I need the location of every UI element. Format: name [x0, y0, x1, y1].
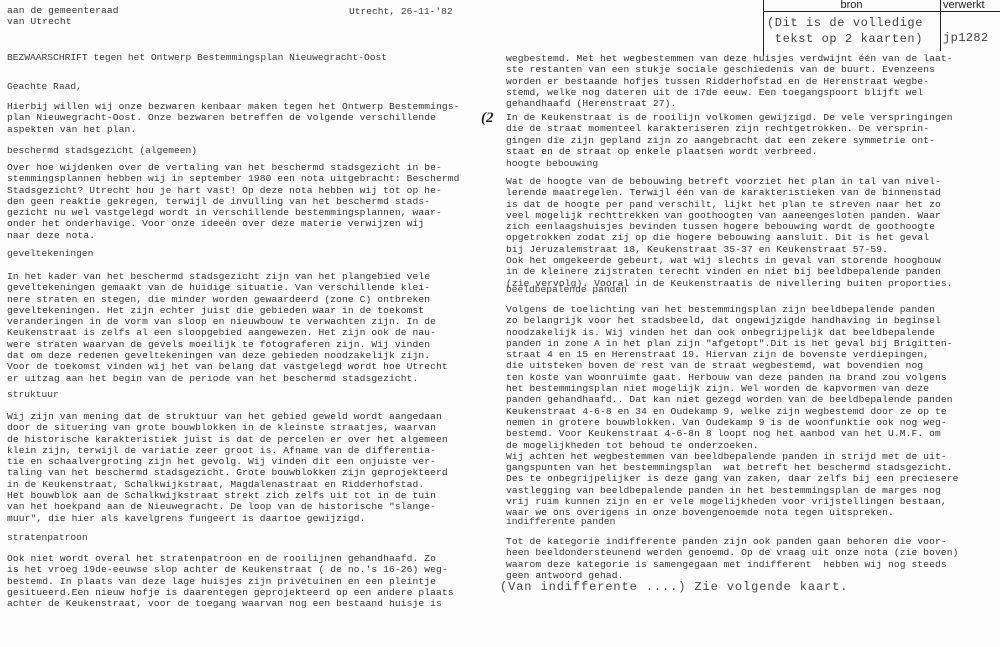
scanned-document-card: bron verwerkt (Dit is de volledige tekst…: [0, 0, 1000, 647]
text-line: die de straat momenteel karakteriseren z…: [506, 123, 953, 134]
text-line: dat om deze redenen geveltekeningen van …: [7, 350, 448, 361]
handwritten-margin-mark: (2: [481, 110, 494, 127]
text-line: in de kleinere zijstraten terecht vinden…: [506, 266, 953, 277]
text-line: taling van het beschermd stadsgezicht. G…: [7, 467, 448, 478]
card-header-table: bron verwerkt (Dit is de volledige tekst…: [763, 0, 1000, 53]
text-line: stemd, welke nog dateren uit de 17de eeu…: [506, 87, 953, 98]
addressee-line: van Utrecht: [7, 16, 119, 27]
text-line: Tot de kategorie indifferente panden zij…: [506, 536, 959, 547]
text-line: Wat de hoogte van de bebouwing betreft v…: [506, 176, 953, 187]
text-line: noodzakelijk is. Wij vinden het dan ook …: [506, 327, 959, 338]
section-heading: indifferente panden: [506, 516, 615, 527]
text-line: nemen in grotere bouwblokken. Van Oudeka…: [506, 417, 959, 428]
section-heading: struktuur: [7, 389, 59, 400]
source-note: (Dit is de volledige tekst op 2 kaarten): [767, 15, 939, 47]
text-line: gezicht nu wel vastgelegd wordt in versc…: [7, 207, 460, 218]
text-line: Voor de toekomst vinden wij het van bela…: [7, 361, 448, 372]
addressee-line: aan de gemeenteraad: [7, 5, 119, 16]
section-heading: beschermd stadsgezicht (algemeen): [7, 145, 197, 156]
text-line: Keukenstraat 4-6-8 en 34 en Oudekamp 9, …: [506, 406, 959, 417]
text-line: staat en de straat op enkele plaatsen wo…: [506, 146, 953, 157]
text-line: Volgens de toelichting van het bestemmin…: [506, 304, 959, 315]
text-line: vrij ruim kunnen zijn en er vele mogelij…: [506, 496, 959, 507]
text-line: Over hoe wijdenken over de vertaling van…: [7, 162, 460, 173]
text-line: zich eenlaagshuisjes bevinden tussen hog…: [506, 221, 953, 232]
section-paragraph: Wat de hoogte van de bebouwing betreft v…: [506, 176, 953, 289]
text-line: er uitzag aan het begin van de periode v…: [7, 373, 448, 384]
text-line: gangspunten van het bestemmingsplan wat …: [506, 462, 959, 473]
text-line: stemmingsplannen hebben wij in september…: [7, 173, 460, 184]
salutation: Geachte Raad,: [7, 81, 82, 92]
text-line: straat 4 en 15 en Herenstraat 19. Hierva…: [506, 349, 959, 360]
text-line: opgetrokken zodat zij op die hogere bebo…: [506, 232, 953, 243]
text-line: panden gehandhaafd.. Dat kan niet gezegd…: [506, 394, 959, 405]
text-line: vastlegging van beeldbepalende panden in…: [506, 485, 959, 496]
text-line: bestemd. Voor Keukenstraat 4-6-8n 8 loop…: [506, 428, 959, 439]
section-heading: stratenpatroon: [7, 532, 88, 543]
document-subject: BEZWAARSCHRIFT tegen het Ontwerp Bestemm…: [7, 52, 387, 63]
continuation-note: (Van indifferente ....) Zie volgende kaa…: [500, 580, 848, 594]
column-header-source: bron: [763, 0, 940, 11]
text-line: Stadsgezicht? Utrecht hou je hart vast! …: [7, 185, 460, 196]
text-line: van het hoekpand aan de Nieuwegracht. De…: [7, 501, 448, 512]
text-line: Het bouwblok aan de Schalkwijkstraat str…: [7, 490, 448, 501]
text-line: Wij achten het wegbestemmen van beeldbep…: [506, 451, 959, 462]
table-divider: [940, 0, 941, 51]
text-line: aspekten van het plan.: [7, 124, 460, 135]
text-line: gingen die zijn gepland zijn zo aangebra…: [506, 135, 953, 146]
text-line: plan Nieuwegracht-Oost. Onze bezwaren be…: [7, 112, 460, 123]
text-line: nere straten en stegen, die minder worde…: [7, 294, 448, 305]
section-heading: geveltekeningen: [7, 248, 93, 259]
text-line: achter de Keukenstraat, voor de toegang …: [7, 598, 454, 609]
text-line: Ook het omgekeerde gebeurt, wat wij slec…: [506, 255, 953, 266]
rooilijn-paragraph: In de Keukenstraat is de rooilijn volkom…: [506, 112, 953, 157]
text-line: geveltekeningen. Het zijn echter juist d…: [7, 305, 448, 316]
section-heading: hoogte bebouwing: [506, 158, 598, 169]
text-line: door de situering van grote bouwblokken …: [7, 422, 448, 433]
text-line: Keukenstraat is zelfs al een sloopgebied…: [7, 327, 448, 338]
text-line: Des te onbegrijpelijker is deze gang van…: [506, 473, 959, 484]
text-line: worden er bestaande hofjes tussen Ridder…: [506, 76, 953, 87]
section-paragraph: In het kader van het beschermd stadsgezi…: [7, 271, 448, 384]
text-line: de mogelijkheden tot behoud te onderzoek…: [506, 440, 959, 451]
source-note-line: tekst op 2 kaarten): [767, 32, 923, 46]
text-line: is dat de hoogte per pand verschilt, lij…: [506, 199, 953, 210]
text-line: bestemd. In plaats van deze lage huisjes…: [7, 576, 454, 587]
source-note-line: (Dit is de volledige: [767, 16, 923, 30]
text-line: In het kader van het beschermd stadsgezi…: [7, 271, 448, 282]
text-line: gesitueerd.Een nieuw hofje is daarentege…: [7, 587, 454, 598]
text-line: wegbestemd. Met het wegbestemmen van dez…: [506, 53, 953, 64]
addressee: aan de gemeenteraad van Utrecht: [7, 5, 119, 28]
text-line: naar deze nota.: [7, 230, 460, 241]
text-line: lerende maatregelen. Terwijl één van de …: [506, 187, 953, 198]
intro-paragraph: Hierbij willen wij onze bezwaren kenbaar…: [7, 101, 460, 135]
text-line: In de Keukenstraat is de rooilijn volkom…: [506, 112, 953, 123]
continuation-paragraph: wegbestemd. Met het wegbestemmen van dez…: [506, 53, 953, 109]
text-line: tie en schaalvergroting zijn het gevolg.…: [7, 456, 448, 467]
text-line: ten koste van woonruimte gaat. Herbouw v…: [506, 372, 959, 383]
text-line: heen beeldondersteunend werden genoemd. …: [506, 547, 959, 558]
text-line: geveltekeningen gemaakt van de huidige s…: [7, 282, 448, 293]
text-line: klein zijn, terwijl de variatie zeer gro…: [7, 445, 448, 456]
text-line: Hierbij willen wij onze bezwaren kenbaar…: [7, 101, 460, 112]
text-line: bij Jeruzalemstraat 18, Keukenstraat 35-…: [506, 244, 953, 255]
text-line: is het vroeg 19de-eeuwse slop achter de …: [7, 564, 454, 575]
text-line: die uitsteken boven de rest van de straa…: [506, 360, 959, 371]
text-line: onder het onderhavige. Voor onze ideeën …: [7, 218, 460, 229]
text-line: Ook niet wordt overal het stratenpatroon…: [7, 553, 454, 564]
processed-code: jp1282: [943, 31, 989, 45]
text-line: de historische karakteristiek juist is d…: [7, 434, 448, 445]
text-line: ste restanten van een stukje sociale ges…: [506, 64, 953, 75]
text-line: zo belangrijk voor het stadsbeeld, dat o…: [506, 315, 959, 326]
text-line: panden in zone A in het plan zijn "afget…: [506, 338, 959, 349]
section-paragraph: Tot de kategorie indifferente panden zij…: [506, 536, 959, 581]
section-paragraph: Over hoe wijdenken over de vertaling van…: [7, 162, 460, 241]
section-paragraph: Wij zijn van mening dat de struktuur van…: [7, 411, 448, 524]
section-paragraph: Ook niet wordt overal het stratenpatroon…: [7, 553, 454, 609]
section-paragraph: Volgens de toelichting van het bestemmin…: [506, 304, 959, 519]
text-line: gehandhaafd (Herenstraat 27).: [506, 98, 953, 109]
place-date: Utrecht, 26-11-'82: [349, 6, 453, 17]
text-line: Wij zijn van mening dat de struktuur van…: [7, 411, 448, 422]
text-line: het bestemmingsplan niet mogelijk zijn. …: [506, 383, 959, 394]
text-line: muur", die hier als kavelgrens fungeert …: [7, 513, 448, 524]
section-heading: beeldbepalende panden: [506, 284, 627, 295]
text-line: veel mogelijk rechttrekken van goothoogt…: [506, 210, 953, 221]
text-line: waarom deze kategorie is samengegaan met…: [506, 559, 959, 570]
table-divider: [763, 11, 1000, 12]
text-line: veranderingen in de vorm van sloop en ni…: [7, 316, 448, 327]
text-line: in de Keukenstraat, Schalkwijkstraat, Ma…: [7, 479, 448, 490]
column-header-processed: verwerkt: [943, 0, 1000, 11]
text-line: were straten waarvan de gevels moeilijk …: [7, 339, 448, 350]
text-line: den geen reaktie gekregen, terwijl de in…: [7, 196, 460, 207]
